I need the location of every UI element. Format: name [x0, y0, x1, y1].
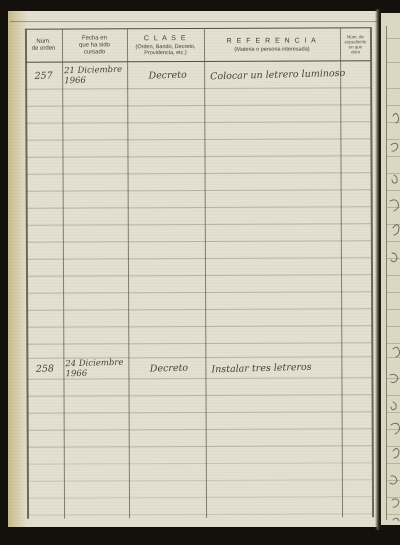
header-referencia-subtitle: (Materia o persona interesada) — [234, 46, 309, 52]
adjacent-page-handwriting-fragments — [381, 13, 400, 525]
entry-clase: Decreto — [129, 63, 207, 87]
entry-fecha: 24 Diciembre 1966 — [65, 358, 130, 380]
header-num-expediente: Núm. de expediente en que obra — [340, 28, 371, 60]
ledger-entry-row: 257 21 Diciembre 1966 Decreto Colocar un… — [25, 63, 371, 87]
ledger-table: Núm. de orden Fecha en que ha sido cursa… — [25, 27, 373, 520]
entry-num: 257 — [25, 64, 63, 87]
header-referencia-title: R E F E R E N C I A — [227, 37, 318, 45]
header-referencia: R E F E R E N C I A (Materia o persona i… — [204, 28, 340, 61]
header-fecha-cursado: Fecha en que ha sido cursado — [62, 29, 127, 61]
header-clase: C L A S E (Orden, Bando, Decreto, Provid… — [127, 29, 204, 61]
header-clase-title: C L A S E — [144, 35, 187, 43]
scan-canvas: { "header": { "num": "Núm.\nde orden", "… — [0, 0, 400, 545]
ledger-page: Núm. de orden Fecha en que ha sido cursa… — [8, 11, 379, 527]
entry-clase: Decreto — [130, 357, 207, 379]
table-header: Núm. de orden Fecha en que ha sido cursa… — [25, 27, 371, 63]
header-num-orden: Núm. de orden — [25, 30, 62, 62]
entry-referencia: Colocar un letrero luminoso — [206, 62, 347, 88]
header-clase-subtitle: (Orden, Bando, Decreto, Providencia, etc… — [136, 44, 196, 56]
entry-referencia: Instalar tres letreros — [207, 356, 347, 380]
entry-num: 258 — [26, 358, 63, 379]
entry-fecha: 21 Diciembre 1966 — [64, 64, 130, 88]
adjacent-page-edge — [381, 13, 400, 525]
page-top-rule — [10, 21, 379, 22]
ledger-entry-row: 258 24 Diciembre 1966 Decreto Instalar t… — [26, 357, 372, 379]
